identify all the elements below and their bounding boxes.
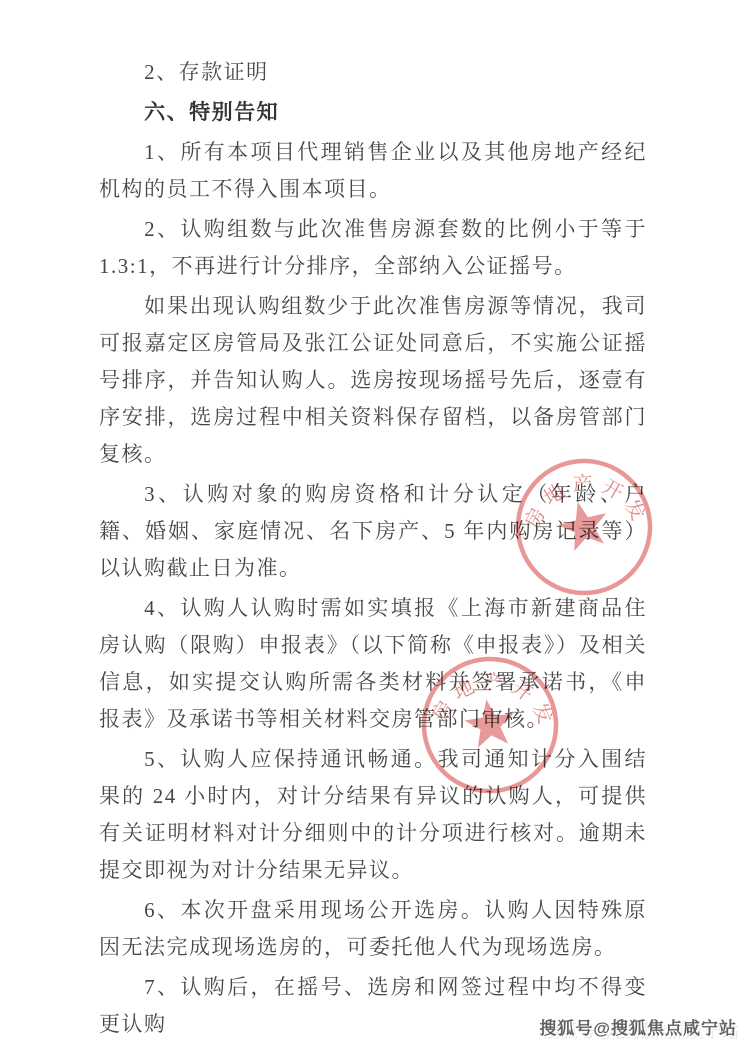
company-seal-icon: 房地产开发有限公司 (400, 635, 581, 816)
sohu-watermark: 搜狐号@搜狐焦点咸宁站 (539, 1014, 737, 1039)
list-item: 2、存款证明 (99, 54, 647, 91)
paragraph: 1、所有本项目代理销售企业以及其他房地产经纪机构的员工不得入围本项目。 (99, 134, 647, 208)
seal-star-icon (554, 496, 613, 554)
section-heading: 六、特别告知 (99, 94, 647, 131)
scanned-document-page: 2、存款证明 六、特别告知 1、所有本项目代理销售企业以及其他房地产经纪机构的员… (0, 0, 740, 1046)
paragraph: 6、本次开盘采用现场公开选房。认购人因特殊原因无法完成现场选房的，可委托他人代为… (99, 892, 647, 966)
paragraph: 如果出现认购组数少于此次准售房源等情况，我司可报嘉定区房管局及张江公证处同意后，… (99, 288, 647, 473)
seal-star-icon (462, 696, 517, 749)
paragraph: 2、认购组数与此次准售房源套数的比例小于等于 1.3:1，不再进行计分排序，全部… (99, 211, 647, 285)
